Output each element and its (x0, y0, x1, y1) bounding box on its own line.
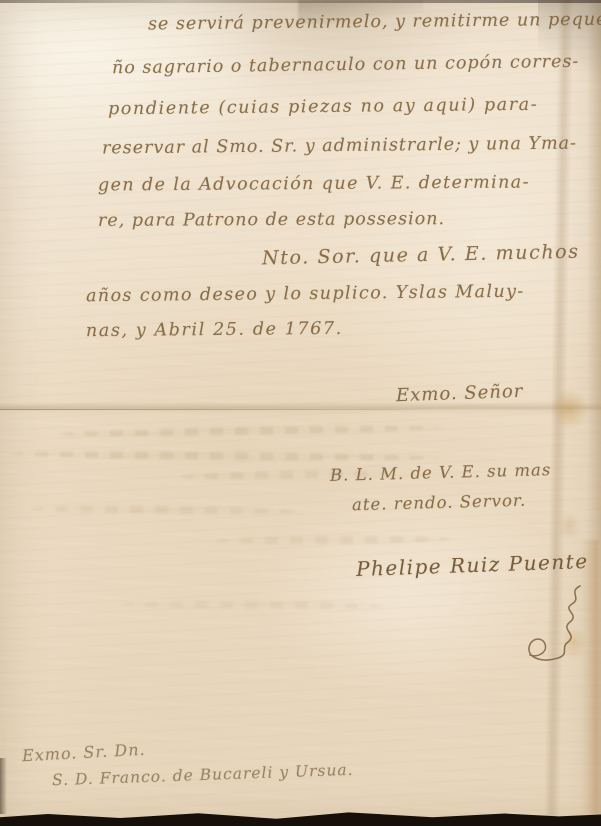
ink-stain (550, 388, 588, 430)
bottom-left-edge-mark (0, 758, 7, 814)
salutation-line: Exmo. Señor (396, 381, 524, 406)
page-top-edge (0, 0, 601, 3)
horizontal-fold-line (0, 409, 430, 410)
manuscript-line: re, para Patrono de esta possesion. (98, 209, 445, 231)
signature-rubric-icon (498, 584, 588, 668)
manuscript-line: nas, y Abril 25. de 1767. (86, 319, 343, 341)
page-edge-stain (580, 540, 598, 815)
manuscript-line: gen de la Advocación que V. E. determina… (98, 172, 530, 195)
scanned-letter-page: se servirá prevenirmelo, y remitirme un … (0, 0, 601, 826)
ink-stain (558, 512, 580, 540)
